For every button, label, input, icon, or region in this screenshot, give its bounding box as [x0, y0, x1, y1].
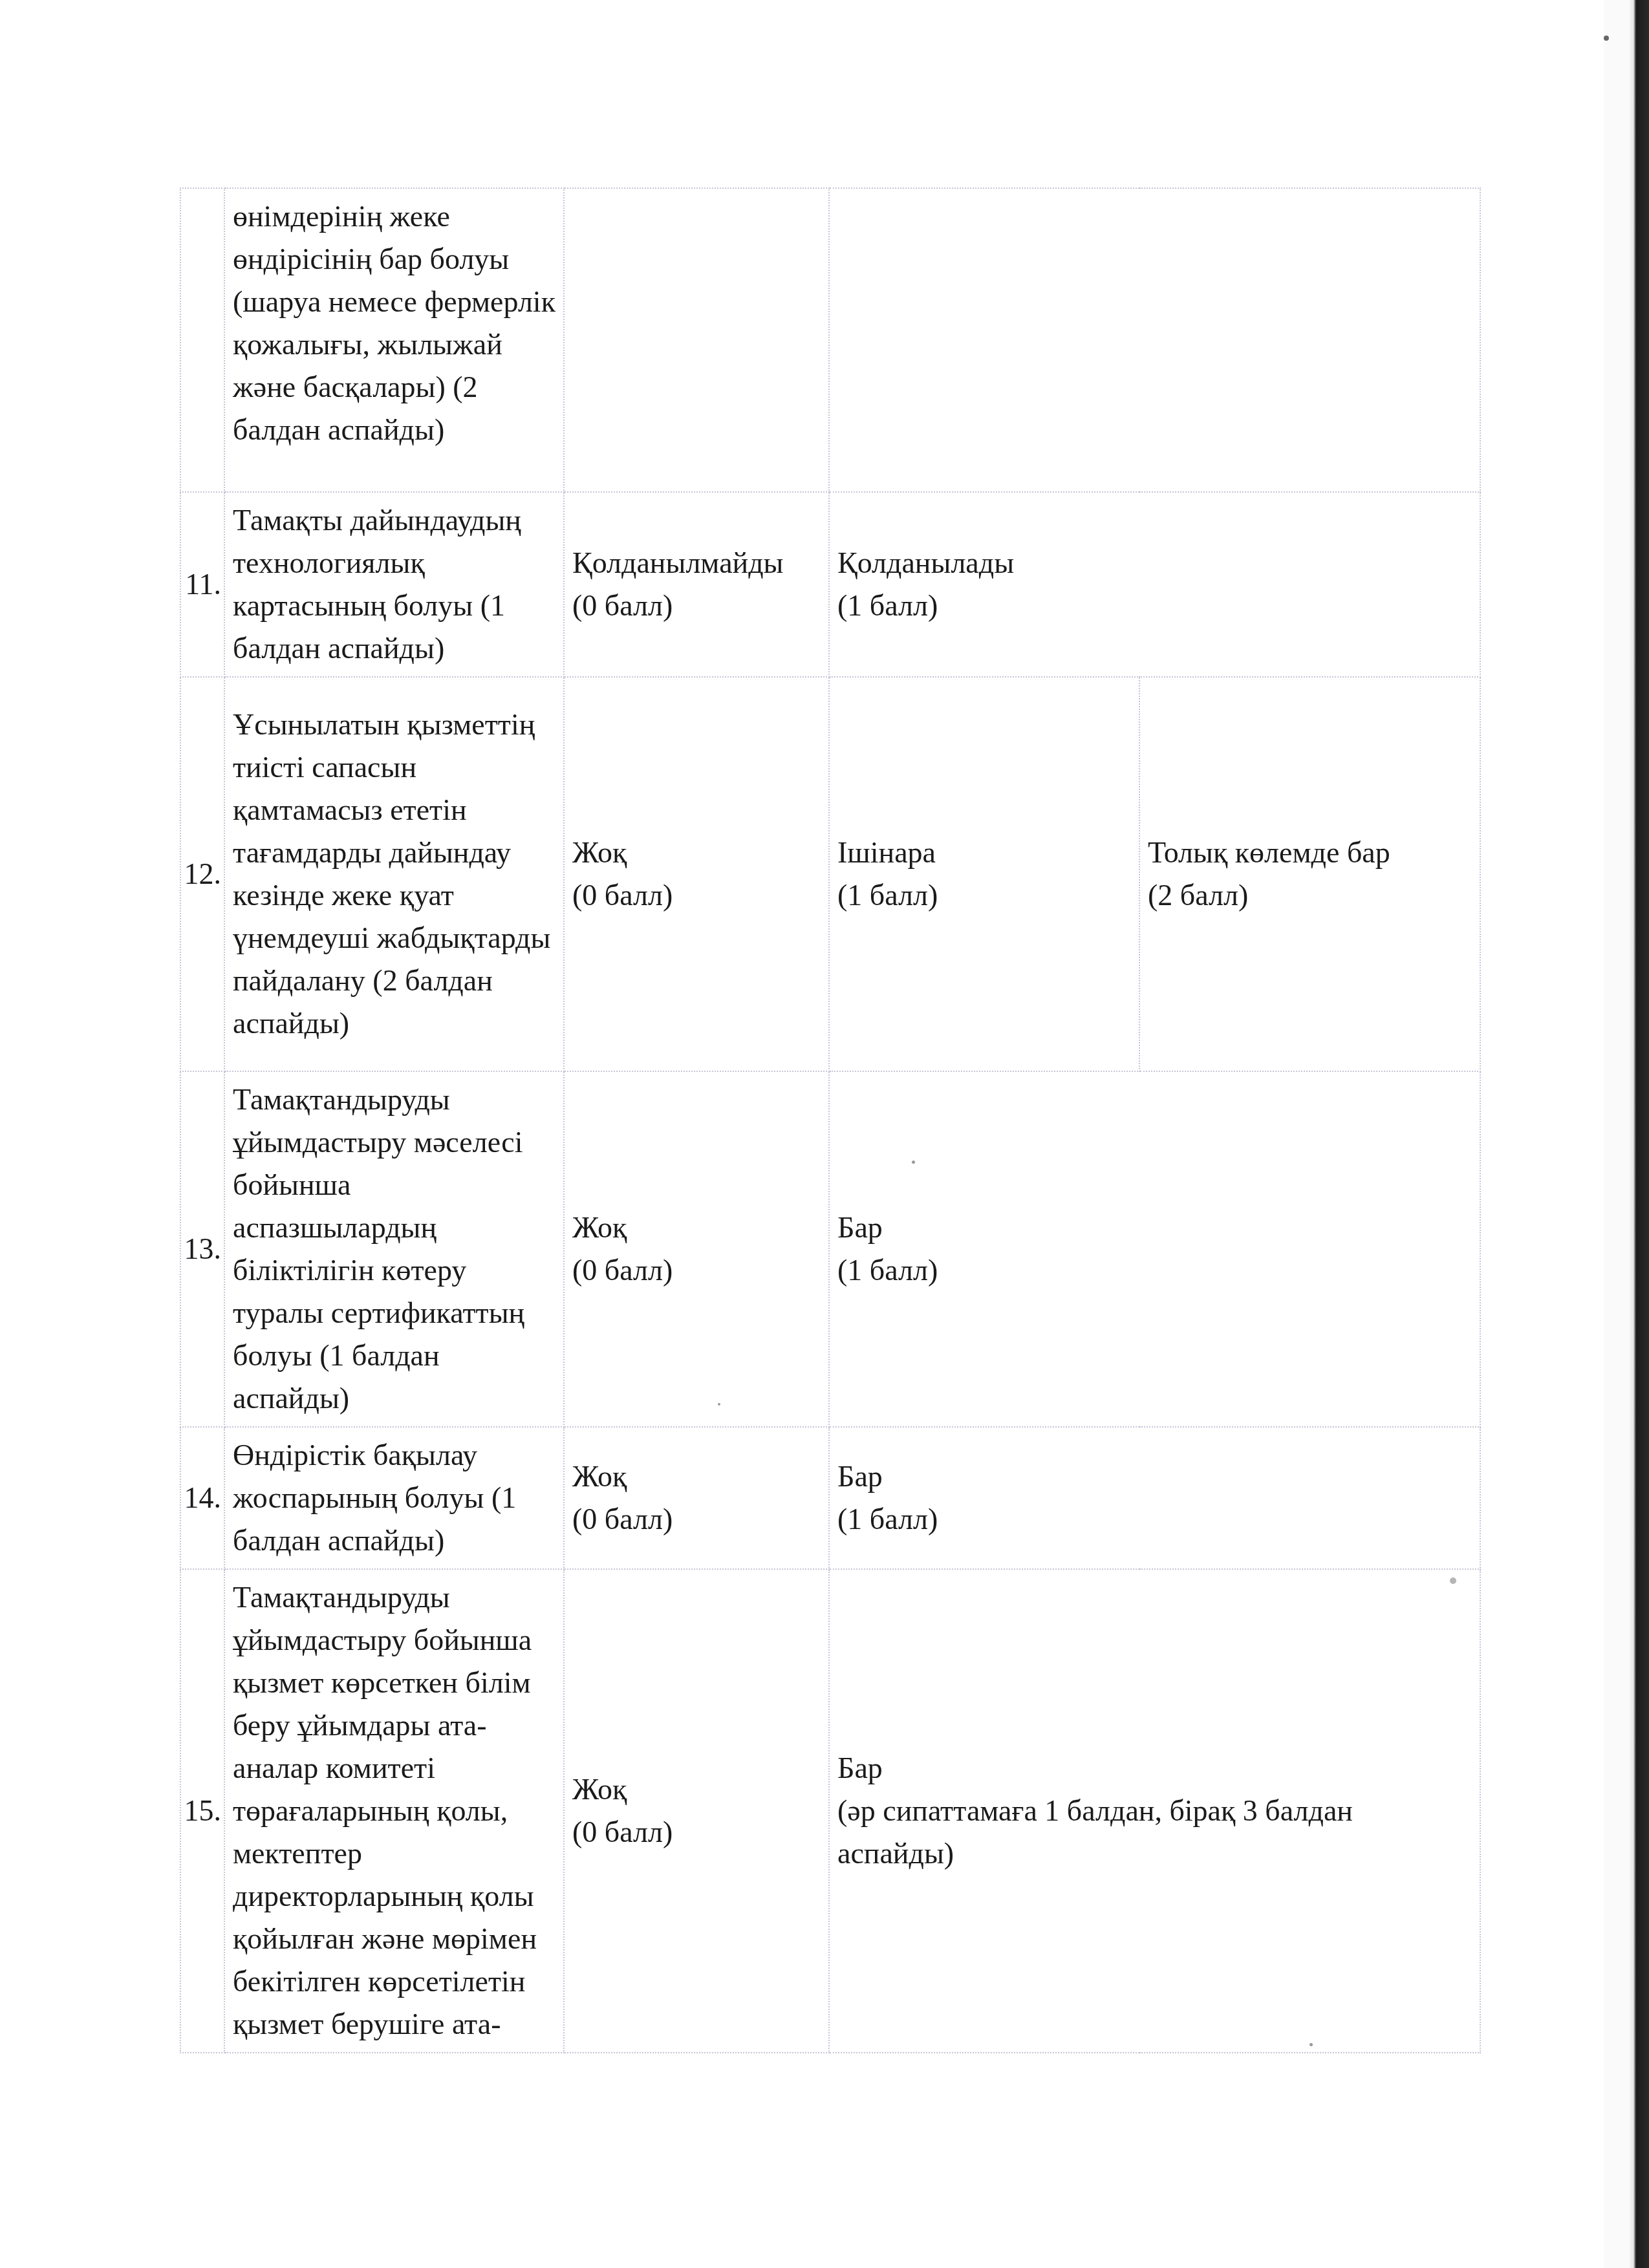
- option-label: Жоқ: [572, 1768, 821, 1811]
- row-number: [180, 188, 224, 492]
- option-score: (1 балл): [837, 1498, 1472, 1541]
- option-score: (0 балл): [572, 1249, 821, 1292]
- option-label: Жоқ: [572, 1455, 821, 1498]
- option-cell: Жоқ (0 балл): [564, 1427, 829, 1569]
- option-cell-empty: [829, 188, 1480, 492]
- table-row: өнімдерінің жеке өндірісінің бар болуы (…: [180, 188, 1480, 492]
- option-cell: Бар (әр сипаттамаға 1 балдан, бірақ 3 ба…: [829, 1569, 1480, 2053]
- table-row: 12. Ұсынылатын қызметтің тиісті сапасын …: [180, 677, 1480, 1071]
- criterion-cell: Тамақты дайындаудың технологиялық картас…: [224, 492, 564, 677]
- row-number: 11.: [180, 492, 224, 677]
- option-cell: Ішінара (1 балл): [829, 677, 1139, 1071]
- option-label: Бар: [837, 1747, 1472, 1790]
- option-label: Қолданылады: [837, 542, 1472, 584]
- row-number: 13.: [180, 1071, 224, 1427]
- option-label: Жоқ: [572, 1206, 821, 1249]
- option-score: (1 балл): [837, 1249, 1472, 1292]
- scan-speck: [1309, 2043, 1313, 2046]
- criteria-table-container: өнімдерінің жеке өндірісінің бар болуы (…: [180, 187, 1480, 2053]
- option-label: Бар: [837, 1455, 1472, 1498]
- row-number: 14.: [180, 1427, 224, 1569]
- row-number: 12.: [180, 677, 224, 1071]
- option-label: Ішінара: [837, 831, 1131, 874]
- option-cell: Бар (1 балл): [829, 1071, 1480, 1427]
- row-number: 15.: [180, 1569, 224, 2053]
- option-cell-empty: [564, 188, 829, 492]
- option-cell: Жоқ (0 балл): [564, 677, 829, 1071]
- option-score: (0 балл): [572, 1811, 821, 1854]
- option-score: (0 балл): [572, 874, 821, 917]
- option-cell: Қолданылмайды (0 балл): [564, 492, 829, 677]
- option-score: (әр сипаттамаға 1 балдан, бірақ 3 балдан…: [837, 1790, 1472, 1875]
- table-row: 15. Тамақтандыруды ұйымдастыру бойынша қ…: [180, 1569, 1480, 2053]
- option-cell: Қолданылады (1 балл): [829, 492, 1480, 677]
- table-row: 14. Өндірістік бақылау жоспарының болуы …: [180, 1427, 1480, 1569]
- option-cell: Бар (1 балл): [829, 1427, 1480, 1569]
- criterion-cell: өнімдерінің жеке өндірісінің бар болуы (…: [224, 188, 564, 492]
- option-cell: Жоқ (0 балл): [564, 1569, 829, 2053]
- criterion-cell: Тамақтандыруды ұйымдастыру бойынша қызме…: [224, 1569, 564, 2053]
- scan-speck: [718, 1403, 720, 1406]
- option-label: Жоқ: [572, 831, 821, 874]
- option-score: (0 балл): [572, 584, 821, 627]
- option-label: Толық көлемде бар: [1148, 831, 1472, 874]
- option-label: Қолданылмайды: [572, 542, 821, 584]
- option-cell: Толық көлемде бар (2 балл): [1139, 677, 1480, 1071]
- scan-speck: [1604, 36, 1609, 41]
- option-score: (1 балл): [837, 874, 1131, 917]
- criteria-table: өнімдерінің жеке өндірісінің бар болуы (…: [180, 187, 1481, 2053]
- option-score: (1 балл): [837, 584, 1472, 627]
- scan-edge-shadow: [1630, 0, 1649, 2268]
- criterion-cell: Өндірістік бақылау жоспарының болуы (1 б…: [224, 1427, 564, 1569]
- option-score: (0 балл): [572, 1498, 821, 1541]
- option-label: Бар: [837, 1206, 1472, 1249]
- table-row: 13. Тамақтандыруды ұйымдастыру мәселесі …: [180, 1071, 1480, 1427]
- table-row: 11. Тамақты дайындаудың технологиялық ка…: [180, 492, 1480, 677]
- scan-speck: [912, 1161, 915, 1164]
- criterion-cell: Тамақтандыруды ұйымдастыру мәселесі бойы…: [224, 1071, 564, 1427]
- scan-margin: [1604, 0, 1630, 2268]
- scan-speck: [1450, 1578, 1456, 1584]
- criterion-cell: Ұсынылатын қызметтің тиісті сапасын қамт…: [224, 677, 564, 1071]
- option-score: (2 балл): [1148, 874, 1472, 917]
- option-cell: Жоқ (0 балл): [564, 1071, 829, 1427]
